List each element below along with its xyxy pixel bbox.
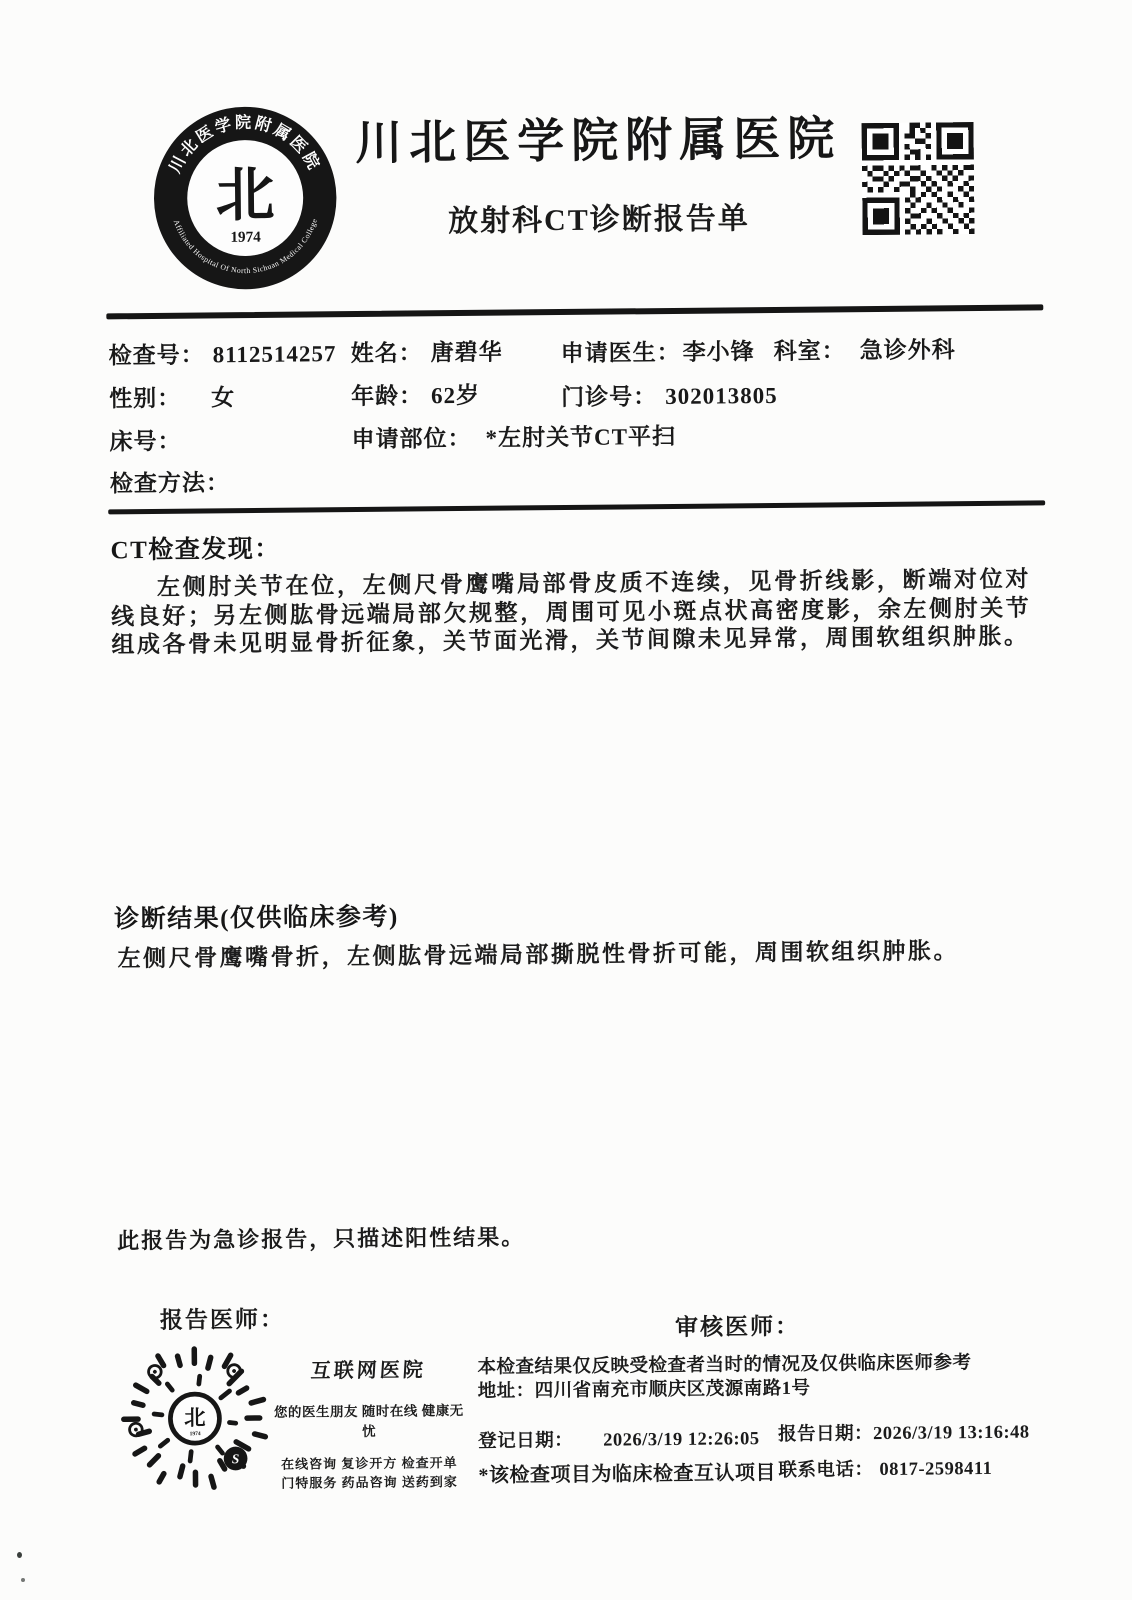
seal-year: 1974 [230,229,261,246]
field-label: 检查方法： [110,470,230,496]
miniprogram-code-year: 1974 [190,1431,201,1437]
ct-report-page: 川北医学院附属医院 Affiliated Hospital Of North S… [0,0,1132,1600]
miniprogram-code-emblem: 北 [184,1406,206,1430]
field-value: *左肘关节CT平扫 [485,424,676,451]
field-value: 302013805 [665,383,778,409]
report-qr-code [862,122,975,235]
address-text: 地址：四川省南充市顺庆区茂源南路1号 [478,1374,811,1403]
field-bed-no: 床号： [109,423,189,457]
scanned-sheet: 川北医学院附属医院 Affiliated Hospital Of North S… [0,0,1132,1600]
report-doctor-label: 报告医师： [160,1301,285,1335]
field-value: 唐碧华 [431,340,503,366]
contact-phone: 联系电话：0817-2598411 [778,1454,992,1482]
field-exam-no: 检查号：8112514257 [109,335,337,370]
internet-hospital-title: 互联网医院 [273,1353,465,1384]
divider-top [106,304,1043,319]
field-label: 床号： [109,429,181,455]
field-outpatient-no: 门诊号：302013805 [561,377,778,412]
field-label: 申请部位： [351,426,471,452]
internet-hospital-services: 在线咨询 复诊开方 检查开单 门特服务 药品咨询 送药到家 [274,1453,464,1493]
findings-heading: CT检查发现： [110,529,281,567]
field-value: 急诊外科 [860,337,956,363]
field-name: 姓名：唐碧华 [351,334,503,368]
hospital-seal-logo: 川北医学院附属医院 Affiliated Hospital Of North S… [149,102,341,294]
diagnosis-heading: 诊断结果(仅供临床参考) [114,897,399,936]
phone-value: 0817-2598411 [879,1459,992,1480]
field-exam-method: 检查方法： [110,464,238,498]
field-label: 检查号： [109,342,205,368]
services-line-1: 在线咨询 复诊开方 检查开单 [274,1453,464,1474]
internet-hospital-promo: 互联网医院 您的医生朋友 随时在线 健康无忧 在线咨询 复诊开方 检查开单 门特… [273,1353,464,1493]
divider-info [108,500,1045,514]
field-value: 62岁 [431,383,480,408]
register-date: 登记日期：2026/3/19 12:26:05 [478,1424,760,1453]
findings-body: 左侧肘关节在位，左侧尺骨鹰嘴局部骨皮质不连续，见骨折线影，断端对位对线良好；另左… [111,566,1032,660]
field-value: 8112514257 [213,341,337,367]
wechat-s-badge-letter: S [232,1451,240,1466]
report-date-value: 2026/3/19 13:16:48 [873,1423,1030,1445]
field-age: 年龄：62岁 [351,377,480,411]
seal-emblem-glyph: 北 [215,163,275,229]
internet-hospital-slogan: 您的医生朋友 随时在线 健康无忧 [274,1399,464,1441]
miniprogram-code: 北 1974 S [115,1339,275,1499]
services-line-2: 门特服务 药品咨询 送药到家 [274,1472,464,1493]
report-date: 报告日期：2026/3/19 13:16:48 [778,1418,1030,1446]
report-title: 放射科CT诊断报告单 [346,192,851,241]
field-value: 女 [211,385,235,410]
phone-label: 联系电话： [778,1460,873,1481]
report-date-label: 报告日期： [778,1424,873,1445]
scan-speck [21,1578,25,1582]
field-label: 申请医生： [561,340,681,366]
hospital-name: 川北医学院附属医院 [345,101,851,173]
field-label: 门诊号： [561,384,657,410]
emergency-note: 此报告为急诊报告，只描述阳性结果。 [117,1220,525,1255]
field-label: 性别： [109,386,181,412]
mutual-recognition-note: *该检查项目为临床检查互认项目 [478,1456,776,1488]
header-titles: 川北医学院附属医院 放射科CT诊断报告单 [345,101,851,241]
field-label: 姓名： [351,340,423,366]
field-body-part: 申请部位：*左肘关节CT平扫 [351,418,676,454]
field-label: 年龄： [351,383,423,409]
diagnosis-body: 左侧尺骨鹰嘴骨折，左侧肱骨远端局部撕脱性骨折可能，周围软组织肿胀。 [117,932,959,973]
field-department: 科室：急诊外科 [774,331,956,366]
field-gender: 性别：女 [109,379,235,413]
review-doctor-label: 审核医师： [675,1308,800,1342]
register-date-value: 2026/3/19 12:26:05 [603,1429,760,1451]
scan-speck [17,1552,22,1558]
field-value: 李小锋 [683,339,755,365]
field-req-doctor: 申请医生：李小锋 [561,333,755,368]
field-label: 科室： [774,338,846,364]
register-date-label: 登记日期： [478,1431,573,1452]
